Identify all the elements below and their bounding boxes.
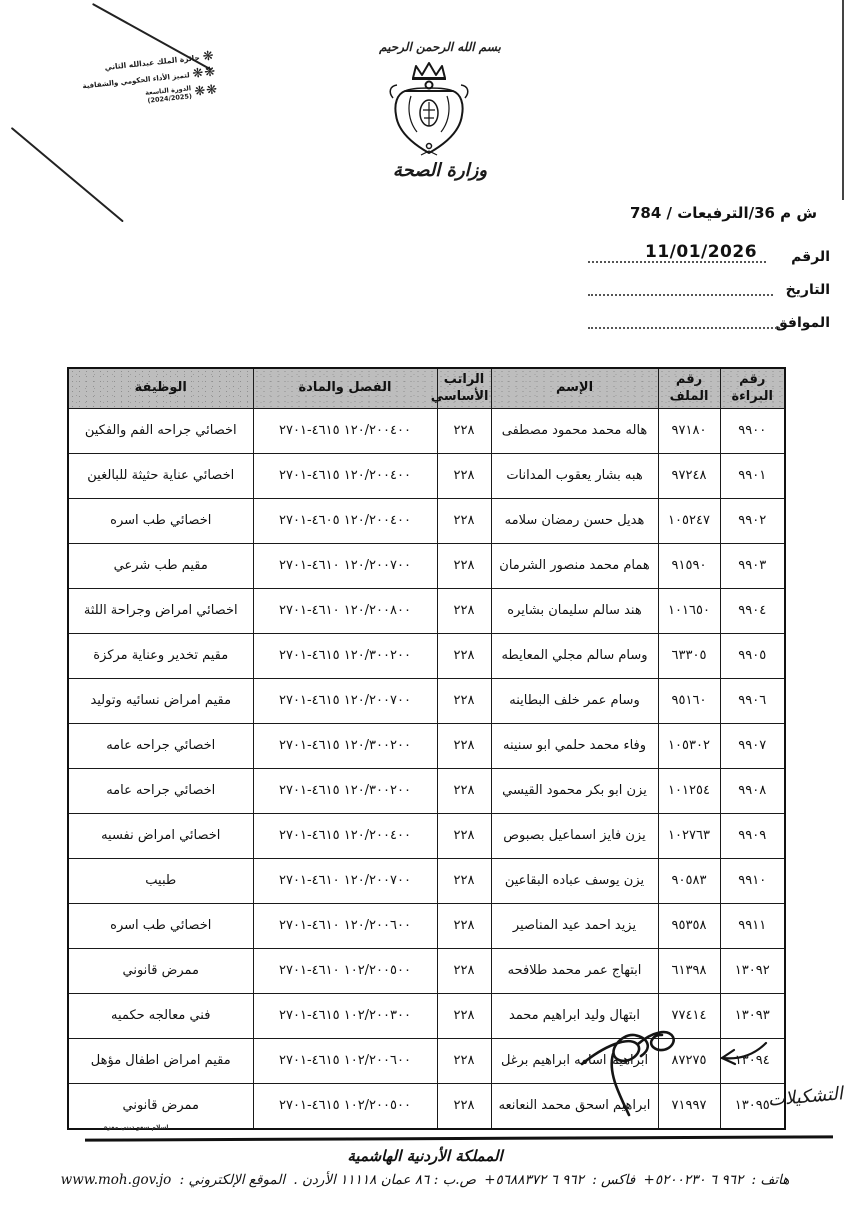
cell-salary: ٢٢٨ bbox=[437, 904, 491, 949]
pen-scratch-mark bbox=[11, 127, 124, 222]
cell-chapter_article: ١٢٠/٢٠٠٤٠٠ ٤٦١٥-٢٧٠١ bbox=[253, 814, 437, 859]
cell-name: هبه بشار يعقوب المدانات bbox=[491, 454, 658, 499]
column-header-salary: الراتب الأساسي bbox=[437, 368, 491, 409]
cell-chapter_article: ١٢٠/٢٠٠٧٠٠ ٤٦١٠-٢٧٠١ bbox=[253, 544, 437, 589]
cell-name: يزن يوسف عباده البقاعين bbox=[491, 859, 658, 904]
cell-file_no: ١٠١٢٥٤ bbox=[658, 769, 720, 814]
cell-chapter_article: ١٢٠/٢٠٠٤٠٠ ٤٦١٥-٢٧٠١ bbox=[253, 409, 437, 454]
star-icon: ❋❋ bbox=[194, 83, 219, 98]
kingdom-title: المملكة الأردنية الهاشمية bbox=[0, 1147, 850, 1165]
cell-chapter_article: ١٢٠/٣٠٠٢٠٠ ٤٦١٥-٢٧٠١ bbox=[253, 769, 437, 814]
table-row: ٩٩٠٩١٠٢٧٦٣يزن فايز اسماعيل بصبوص٢٢٨١٢٠/٢… bbox=[68, 814, 785, 859]
cell-decree_no: ٩٩١٠ bbox=[720, 859, 785, 904]
cell-salary: ٢٢٨ bbox=[437, 679, 491, 724]
jordan-coat-of-arms-icon bbox=[383, 58, 475, 164]
website-label: الموقع الإلكتروني : bbox=[180, 1172, 285, 1188]
table-row: ٩٩٠٢١٠٥٢٤٧هديل حسن رمضان سلامه٢٢٨١٢٠/٢٠٠… bbox=[68, 499, 785, 544]
table-header: رقم البراءةرقم الملفالإسمالراتب الأساسيا… bbox=[68, 368, 785, 409]
cell-job: مقيم تخدير وعناية مركزة bbox=[68, 634, 253, 679]
cell-file_no: ٩٧١٨٠ bbox=[658, 409, 720, 454]
cell-job: ممرض قانوني bbox=[68, 1084, 253, 1130]
cell-salary: ٢٢٨ bbox=[437, 949, 491, 994]
scan-edge-line bbox=[842, 0, 844, 200]
cell-chapter_article: ١٢٠/٢٠٠٦٠٠ ٤٦١٠-٢٧٠١ bbox=[253, 904, 437, 949]
cell-salary: ٢٢٨ bbox=[437, 634, 491, 679]
fax-number: +٩٦٢ ٦ ٥٦٨٨٣٧٢ bbox=[484, 1172, 584, 1188]
cell-decree_no: ٩٩٠٠ bbox=[720, 409, 785, 454]
handwritten-signature bbox=[568, 1022, 698, 1126]
table-row: ٩٩٠٣٩١٥٩٠همام محمد منصور الشرمان٢٢٨١٢٠/٢… bbox=[68, 544, 785, 589]
award-stamp: ❋ جائزة الملك عبدالله الثاني ❋❋ لتميز ال… bbox=[50, 50, 219, 118]
cell-salary: ٢٢٨ bbox=[437, 589, 491, 634]
document-page: ❋ جائزة الملك عبدالله الثاني ❋❋ لتميز ال… bbox=[0, 0, 850, 1216]
cell-file_no: ١٠٥٢٤٧ bbox=[658, 499, 720, 544]
cell-salary: ٢٢٨ bbox=[437, 544, 491, 589]
date-label: التاريخ bbox=[786, 282, 830, 298]
column-header-decree_no: رقم البراءة bbox=[720, 368, 785, 409]
star-icon: ❋❋ bbox=[192, 65, 217, 80]
cell-name: همام محمد منصور الشرمان bbox=[491, 544, 658, 589]
cell-name: هند سالم سليمان بشايره bbox=[491, 589, 658, 634]
phone-number: +٩٦٢ ٦ ٥٢٠٠٢٣٠ bbox=[644, 1172, 744, 1188]
cell-decree_no: ٩٩٠١ bbox=[720, 454, 785, 499]
cell-chapter_article: ١٢٠/٢٠٠٨٠٠ ٤٦١٠-٢٧٠١ bbox=[253, 589, 437, 634]
pobox-text: ص.ب : ٨٦ عمان ١١١١٨ الأردن . bbox=[293, 1172, 476, 1188]
cell-name: وفاء محمد حلمي ابو سنينه bbox=[491, 724, 658, 769]
cell-chapter_article: ١٢٠/٣٠٠٢٠٠ ٤٦١٥-٢٧٠١ bbox=[253, 724, 437, 769]
corresponding-label: الموافق bbox=[775, 315, 830, 331]
number-label: الرقم bbox=[791, 249, 830, 265]
cell-decree_no: ٩٩١١ bbox=[720, 904, 785, 949]
ministry-title: وزارة الصحة bbox=[345, 160, 535, 181]
column-header-job: الوظيفة bbox=[68, 368, 253, 409]
footer-contact-line: هاتف : +٩٦٢ ٦ ٥٢٠٠٢٣٠ فاكس : +٩٦٢ ٦ ٥٦٨٨… bbox=[0, 1172, 850, 1188]
reference-block: ش م 36/الترفيعات / 784 الرقم 11/01/2026 … bbox=[580, 204, 830, 335]
cell-file_no: ٩٥١٦٠ bbox=[658, 679, 720, 724]
cell-chapter_article: ١٠٢/٢٠٠٥٠٠ ٤٦١٠-٢٧٠١ bbox=[253, 949, 437, 994]
cell-name: وسام عمر خلف البطاينه bbox=[491, 679, 658, 724]
cell-salary: ٢٢٨ bbox=[437, 724, 491, 769]
table-row: ٩٩١٠٩٠٥٨٣يزن يوسف عباده البقاعين٢٢٨١٢٠/٢… bbox=[68, 859, 785, 904]
cell-file_no: ٦١٣٩٨ bbox=[658, 949, 720, 994]
cell-salary: ٢٢٨ bbox=[437, 994, 491, 1039]
cell-decree_no: ١٣٠٩٣ bbox=[720, 994, 785, 1039]
cell-salary: ٢٢٨ bbox=[437, 1084, 491, 1130]
table-row: ٩٩٠٨١٠١٢٥٤يزن ابو بكر محمود القيسي٢٢٨١٢٠… bbox=[68, 769, 785, 814]
cell-file_no: ١٠٢٧٦٣ bbox=[658, 814, 720, 859]
table-row: ١٣٠٩٢٦١٣٩٨ابتهاج عمر محمد طلافحه٢٢٨١٠٢/٢… bbox=[68, 949, 785, 994]
reference-number-line: ش م 36/الترفيعات / 784 bbox=[580, 204, 830, 222]
cell-decree_no: ٩٩٠٢ bbox=[720, 499, 785, 544]
cell-chapter_article: ١٠٢/٢٠٠٥٠٠ ٤٦١٥-٢٧٠١ bbox=[253, 1084, 437, 1130]
table-row: ٩٩٠٧١٠٥٣٠٢وفاء محمد حلمي ابو سنينه٢٢٨١٢٠… bbox=[68, 724, 785, 769]
cell-decree_no: ٩٩٠٥ bbox=[720, 634, 785, 679]
bismillah-text: بسم الله الرحمن الرحيم bbox=[345, 40, 535, 54]
fax-label: فاكس : bbox=[592, 1172, 635, 1188]
cell-job: ممرض قانوني bbox=[68, 949, 253, 994]
cell-job: اخصائي جراحه عامه bbox=[68, 769, 253, 814]
cell-decree_no: ٩٩٠٩ bbox=[720, 814, 785, 859]
cell-decree_no: ٩٩٠٧ bbox=[720, 724, 785, 769]
cell-name: يزن ابو بكر محمود القيسي bbox=[491, 769, 658, 814]
cell-name: يزيد احمد عيد المناصير bbox=[491, 904, 658, 949]
cell-file_no: ٩٧٢٤٨ bbox=[658, 454, 720, 499]
promotions-table: رقم البراءةرقم الملفالإسمالراتب الأساسيا… bbox=[67, 367, 786, 1130]
cell-chapter_article: ١٢٠/٢٠٠٤٠٠ ٤٦١٥-٢٧٠١ bbox=[253, 454, 437, 499]
cell-chapter_article: ١٢٠/٢٠٠٧٠٠ ٤٦١٠-٢٧٠١ bbox=[253, 859, 437, 904]
cell-salary: ٢٢٨ bbox=[437, 814, 491, 859]
cell-job: اخصائي جراحه عامه bbox=[68, 724, 253, 769]
footer-divider bbox=[85, 1135, 833, 1141]
website-url[interactable]: www.moh.gov.jo bbox=[61, 1172, 172, 1188]
table-row: ٩٩١١٩٥٣٥٨يزيد احمد عيد المناصير٢٢٨١٢٠/٢٠… bbox=[68, 904, 785, 949]
cell-job: مقيم طب شرعي bbox=[68, 544, 253, 589]
typist-note: اسلام سعو ديني معزه bbox=[104, 1124, 168, 1131]
cell-job: اخصائي امراض نفسيه bbox=[68, 814, 253, 859]
cell-decree_no: ٩٩٠٤ bbox=[720, 589, 785, 634]
cell-salary: ٢٢٨ bbox=[437, 859, 491, 904]
table-row: ٩٩٠٦٩٥١٦٠وسام عمر خلف البطاينه٢٢٨١٢٠/٢٠٠… bbox=[68, 679, 785, 724]
cell-salary: ٢٢٨ bbox=[437, 454, 491, 499]
cell-file_no: ٩١٥٩٠ bbox=[658, 544, 720, 589]
cell-file_no: ٩٠٥٨٣ bbox=[658, 859, 720, 904]
column-header-file_no: رقم الملف bbox=[658, 368, 720, 409]
cell-name: هاله محمد محمود مصطفى bbox=[491, 409, 658, 454]
dotted-line bbox=[588, 294, 773, 296]
cell-decree_no: ١٣٠٩٢ bbox=[720, 949, 785, 994]
handwritten-date-value: 11/01/2026 bbox=[645, 242, 757, 262]
star-icon: ❋ bbox=[202, 50, 215, 64]
cell-file_no: ١٠١٦٥٠ bbox=[658, 589, 720, 634]
table-row: ٩٩٠١٩٧٢٤٨هبه بشار يعقوب المدانات٢٢٨١٢٠/٢… bbox=[68, 454, 785, 499]
cell-job: اخصائي عناية حثيثة للبالغين bbox=[68, 454, 253, 499]
cell-file_no: ٩٥٣٥٨ bbox=[658, 904, 720, 949]
cell-file_no: ١٠٥٣٠٢ bbox=[658, 724, 720, 769]
cell-salary: ٢٢٨ bbox=[437, 1039, 491, 1084]
cell-name: وسام سالم مجلي المعايطه bbox=[491, 634, 658, 679]
cell-decree_no: ٩٩٠٦ bbox=[720, 679, 785, 724]
cell-name: يزن فايز اسماعيل بصبوص bbox=[491, 814, 658, 859]
column-header-chapter_article: الفصل والمادة bbox=[253, 368, 437, 409]
phone-label: هاتف : bbox=[752, 1172, 790, 1188]
cell-job: اخصائي طب اسره bbox=[68, 499, 253, 544]
cell-decree_no: ٩٩٠٨ bbox=[720, 769, 785, 814]
cell-decree_no: ٩٩٠٣ bbox=[720, 544, 785, 589]
cell-job: اخصائي طب اسره bbox=[68, 904, 253, 949]
cell-job: اخصائي جراحه الفم والفكين bbox=[68, 409, 253, 454]
column-header-name: الإسم bbox=[491, 368, 658, 409]
cell-job: مقيم امراض نسائيه وتوليد bbox=[68, 679, 253, 724]
cell-job: مقيم امراض اطفال مؤهل bbox=[68, 1039, 253, 1084]
handwritten-arrow-mark bbox=[710, 1035, 772, 1073]
cell-job: فني معالجه حكميه bbox=[68, 994, 253, 1039]
cell-chapter_article: ١٢٠/٢٠٠٤٠٠ ٤٦٠٥-٢٧٠١ bbox=[253, 499, 437, 544]
cell-name: ابتهاج عمر محمد طلافحه bbox=[491, 949, 658, 994]
table-row: ٩٩٠٥٦٣٣٠٥وسام سالم مجلي المعايطه٢٢٨١٢٠/٣… bbox=[68, 634, 785, 679]
cell-name: هديل حسن رمضان سلامه bbox=[491, 499, 658, 544]
cell-chapter_article: ١٢٠/٢٠٠٧٠٠ ٤٦١٥-٢٧٠١ bbox=[253, 679, 437, 724]
cell-file_no: ٦٣٣٠٥ bbox=[658, 634, 720, 679]
cell-chapter_article: ١٠٢/٢٠٠٣٠٠ ٤٦١٥-٢٧٠١ bbox=[253, 994, 437, 1039]
cell-salary: ٢٢٨ bbox=[437, 499, 491, 544]
cell-salary: ٢٢٨ bbox=[437, 769, 491, 814]
table-row: ٩٩٠٠٩٧١٨٠هاله محمد محمود مصطفى٢٢٨١٢٠/٢٠٠… bbox=[68, 409, 785, 454]
cell-chapter_article: ١٠٢/٢٠٠٦٠٠ ٤٦١٥-٢٧٠١ bbox=[253, 1039, 437, 1084]
cell-job: اخصائي امراض وجراحة اللثة bbox=[68, 589, 253, 634]
cell-job: طبيب bbox=[68, 859, 253, 904]
table-row: ٩٩٠٤١٠١٦٥٠هند سالم سليمان بشايره٢٢٨١٢٠/٢… bbox=[68, 589, 785, 634]
dotted-line bbox=[588, 327, 780, 329]
cell-salary: ٢٢٨ bbox=[437, 409, 491, 454]
cell-chapter_article: ١٢٠/٣٠٠٢٠٠ ٤٦١٥-٢٧٠١ bbox=[253, 634, 437, 679]
